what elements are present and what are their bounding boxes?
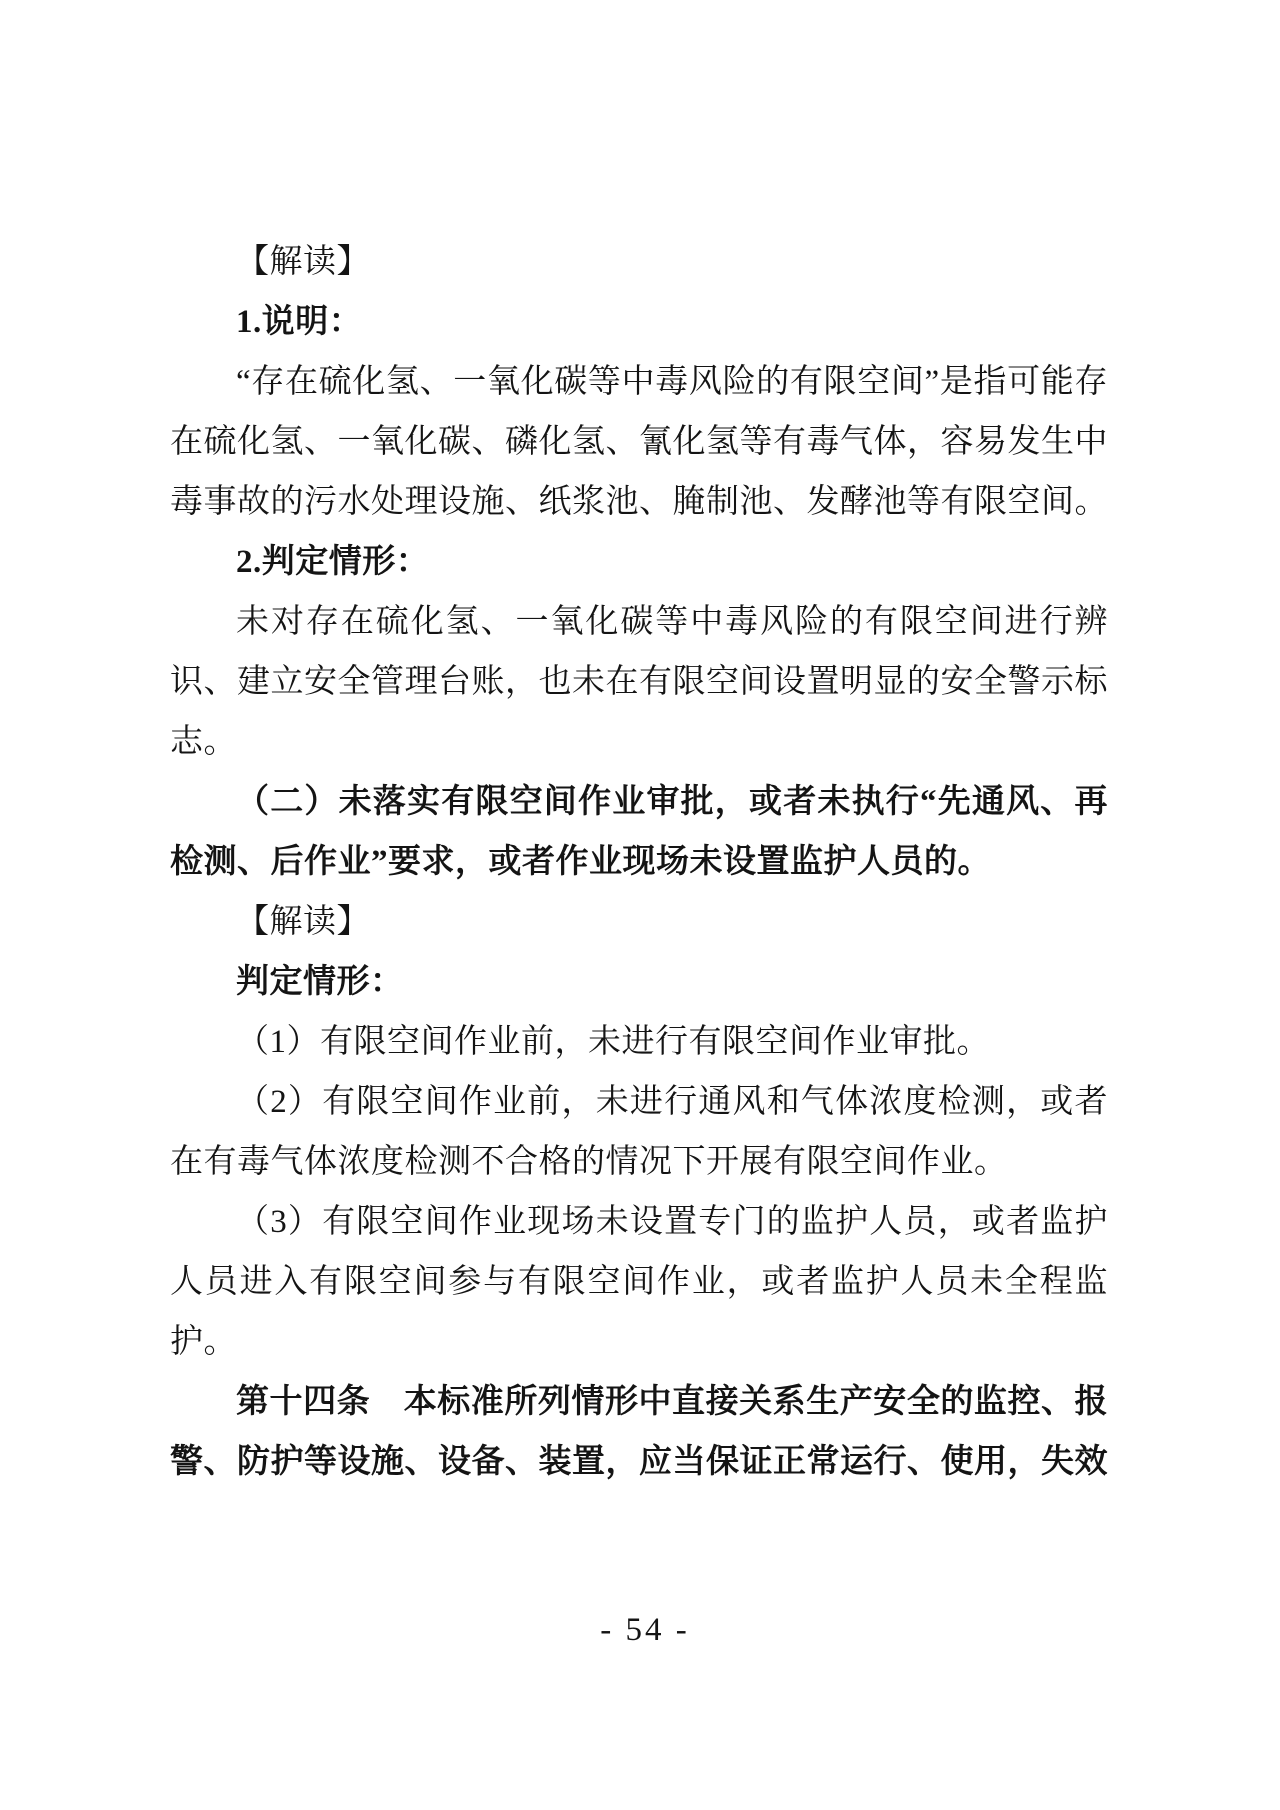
document-page: 【解读】 1.说明： “存在硫化氢、一氧化碳等中毒风险的有限空间”是指可能存在硫… bbox=[0, 0, 1280, 1810]
judgment-situations-heading: 判定情形： bbox=[170, 952, 1108, 1012]
item-1-explanation-heading: 1.说明： bbox=[170, 292, 1108, 352]
para-judgment-situation: 未对存在硫化氢、一氧化碳等中毒风险的有限空间进行辨识、建立安全管理台账，也未在有… bbox=[170, 592, 1108, 772]
para-case-2: （2）有限空间作业前，未进行通风和气体浓度检测，或者在有毒气体浓度检测不合格的情… bbox=[170, 1072, 1108, 1192]
article-14-separator bbox=[370, 1384, 404, 1420]
document-body: 【解读】 1.说明： “存在硫化氢、一氧化碳等中毒风险的有限空间”是指可能存在硫… bbox=[170, 232, 1108, 1492]
jiedu-header-1: 【解读】 bbox=[170, 232, 1108, 292]
jiedu-header-2: 【解读】 bbox=[170, 892, 1108, 952]
page-number: - 54 - bbox=[0, 1605, 1280, 1655]
article-14-label: 第十四条 bbox=[236, 1384, 370, 1420]
para-clause-two: （二）未落实有限空间作业审批，或者未执行“先通风、再检测、后作业”要求，或者作业… bbox=[170, 772, 1108, 892]
para-case-3: （3）有限空间作业现场未设置专门的监护人员，或者监护人员进入有限空间参与有限空间… bbox=[170, 1192, 1108, 1372]
para-case-1: （1）有限空间作业前，未进行有限空间作业审批。 bbox=[170, 1012, 1108, 1072]
para-definition-toxic-confined-space: “存在硫化氢、一氧化碳等中毒风险的有限空间”是指可能存在硫化氢、一氧化碳、磷化氢… bbox=[170, 352, 1108, 532]
para-article-14: 第十四条 本标准所列情形中直接关系生产安全的监控、报警、防护等设施、设备、装置，… bbox=[170, 1372, 1108, 1492]
item-2-judgment-heading: 2.判定情形： bbox=[170, 532, 1108, 592]
